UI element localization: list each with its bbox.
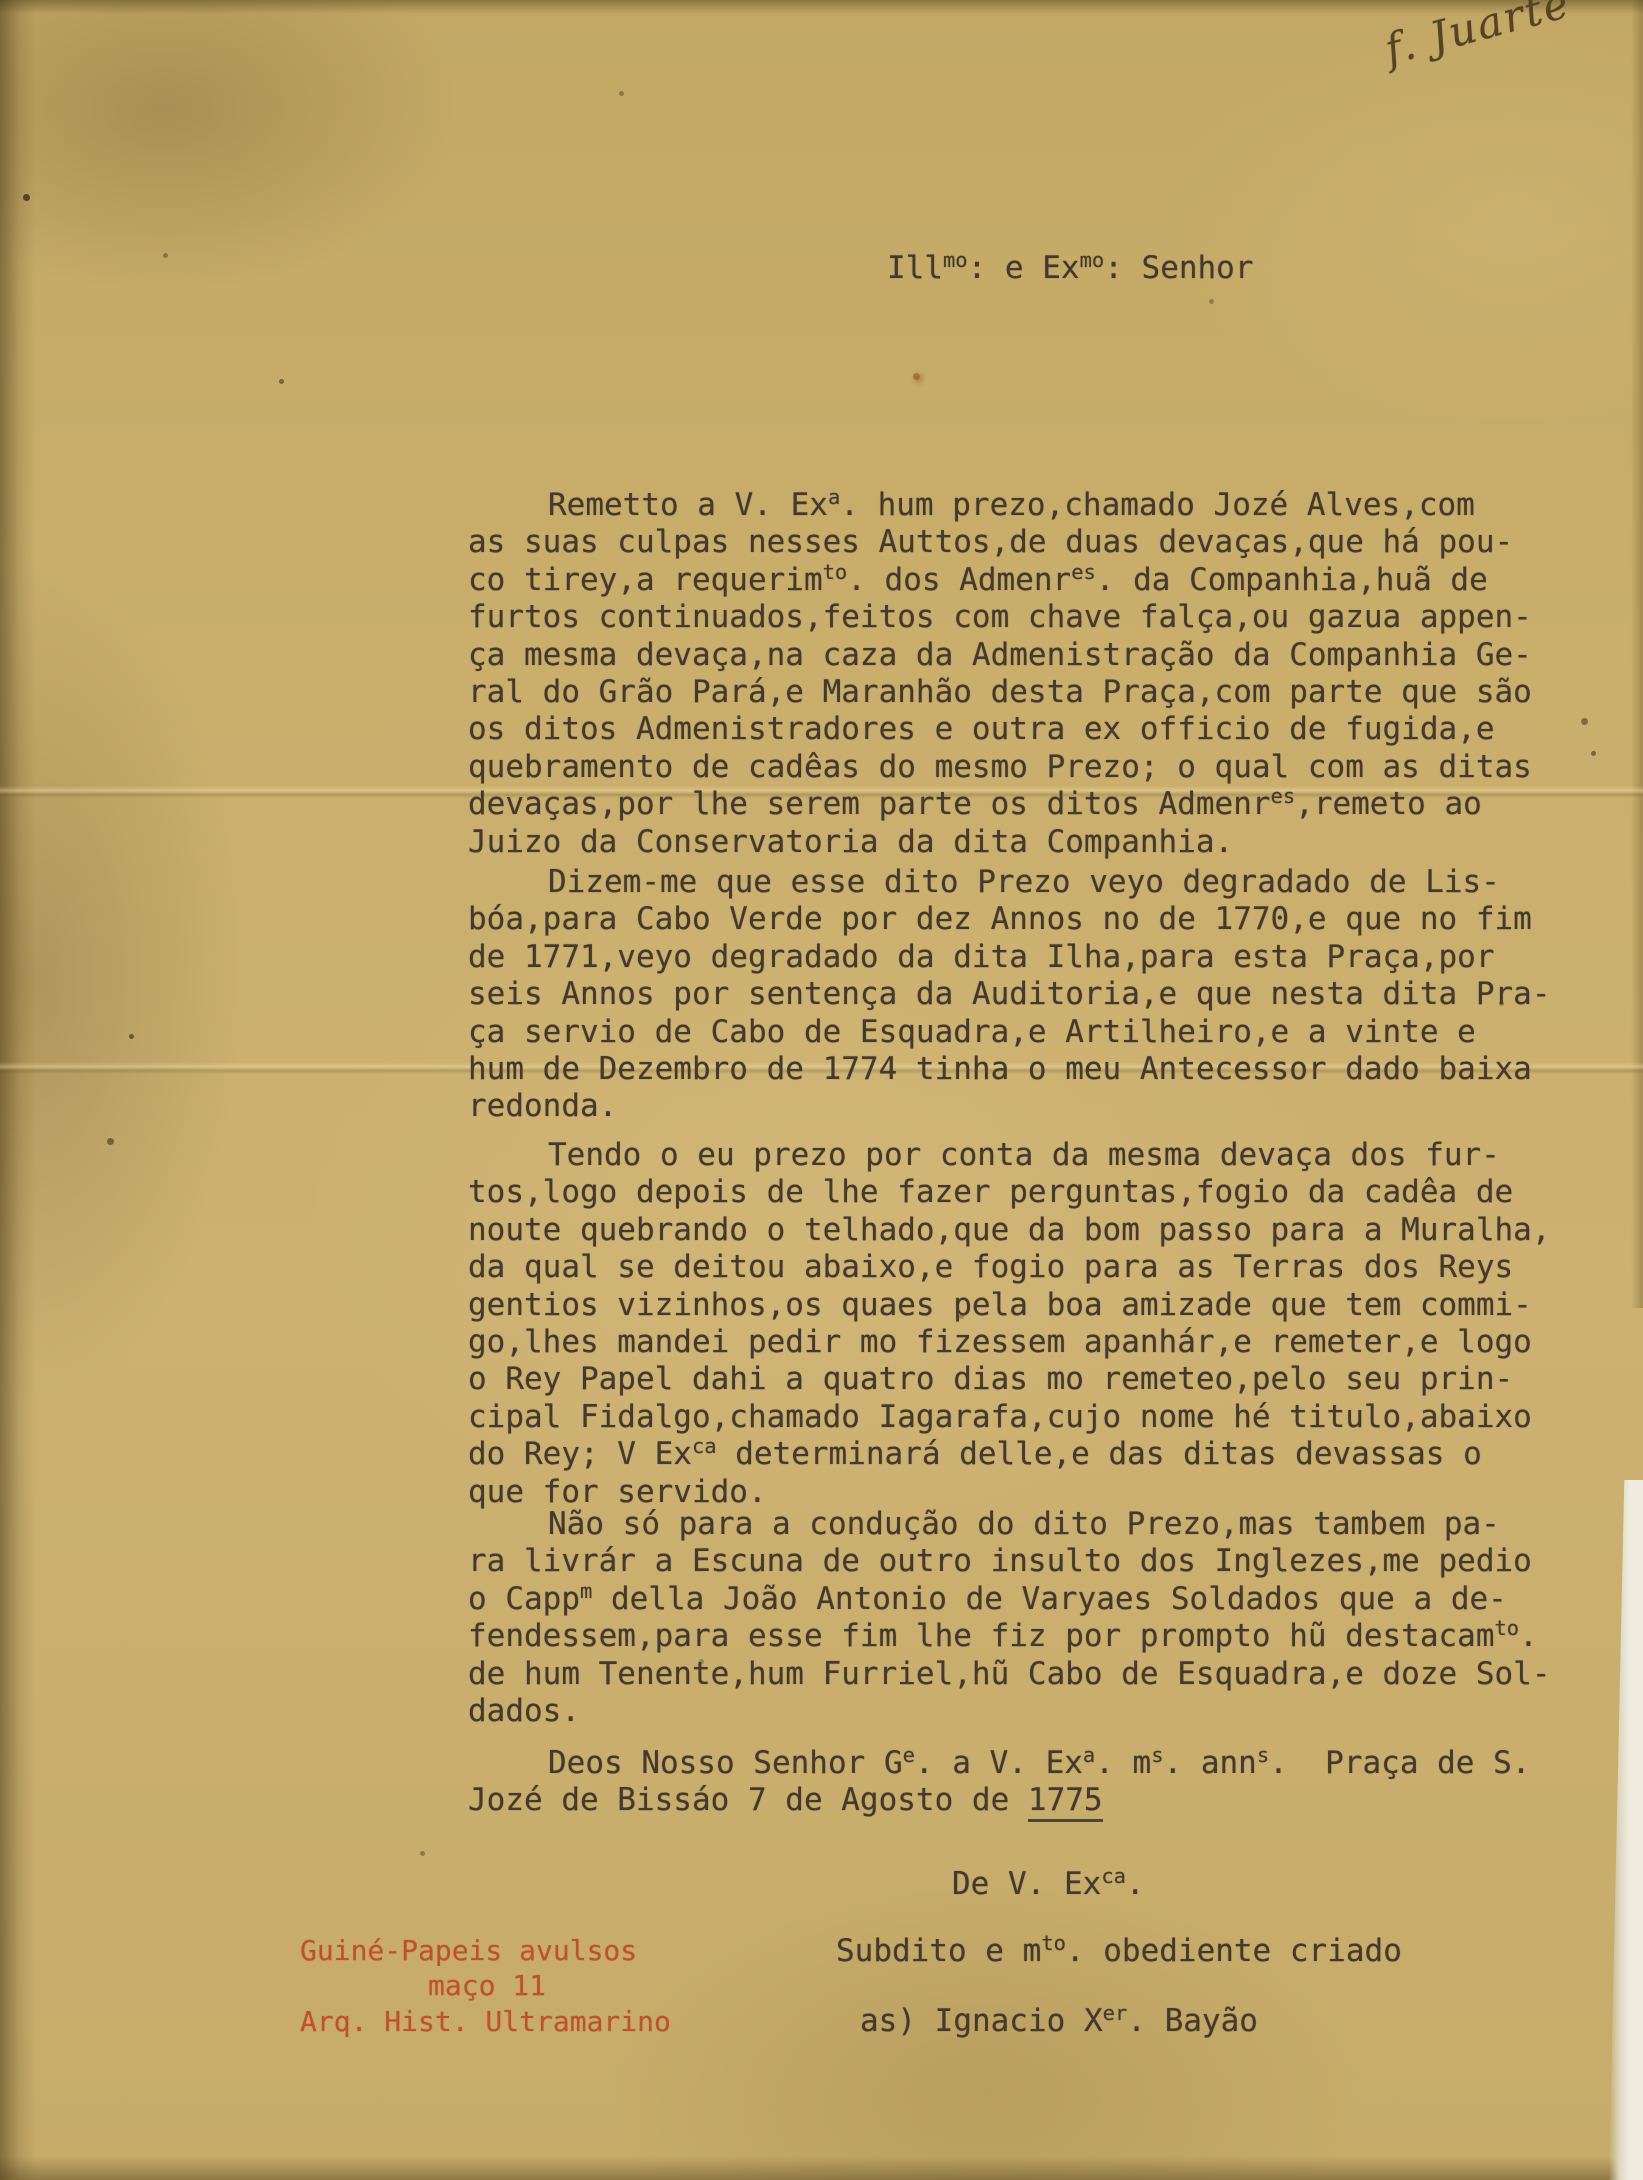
document-line: os ditos Admenistradores e outra ex offi… xyxy=(468,711,1618,748)
document-line: quebramento de cadêas do mesmo Prezo; o … xyxy=(468,749,1618,786)
paper-specks xyxy=(0,0,3,3)
letter-page: f. Juarté Illmo: e Exmo: Senhor Remetto … xyxy=(0,0,1643,2180)
letter-paragraph-3: Tendo o eu prezo por conta da mesma deva… xyxy=(468,1137,1618,1511)
document-line: hum de Dezembro de 1774 tinha o meu Ante… xyxy=(468,1051,1618,1088)
paper-edge-left xyxy=(0,0,36,2180)
letter-paragraph-2: Dizem-me que esse dito Prezo veyo degrad… xyxy=(468,864,1618,1126)
letter-paragraph-1: Remetto a V. Exa. hum prezo,chamado Jozé… xyxy=(468,487,1618,861)
document-line: co tirey,a requerimto. dos Admenres. da … xyxy=(468,562,1618,599)
document-line: gentios vizinhos,os quaes pela boa amiza… xyxy=(468,1287,1618,1324)
letter-signature: as) Ignacio Xer. Bayão xyxy=(860,2003,1258,2040)
paper-edge-bottom xyxy=(0,2156,1643,2180)
document-line: Remetto a V. Exa. hum prezo,chamado Jozé… xyxy=(468,487,1618,524)
paper-edge-right xyxy=(1631,0,1643,1308)
document-line: ça servio de Cabo de Esquadra,e Artilhei… xyxy=(468,1014,1618,1051)
document-line: go,lhes mandei pedir mo fizessem apanhár… xyxy=(468,1324,1618,1361)
document-line: seis Annos por sentença da Auditoria,e q… xyxy=(468,976,1618,1013)
document-line: o Rey Papel dahi a quatro dias mo remete… xyxy=(468,1361,1618,1398)
document-line: Não só para a condução do dito Prezo,mas… xyxy=(468,1506,1618,1543)
document-line: as suas culpas nesses Auttos,de duas dev… xyxy=(468,524,1618,561)
document-line: da qual se deitou abaixo,e fogio para as… xyxy=(468,1249,1618,1286)
document-line: Deos Nosso Senhor Ge. a V. Exa. ms. anns… xyxy=(468,1745,1618,1782)
document-line: ça mesma devaça,na caza da Admenistração… xyxy=(468,637,1618,674)
letter-closing-dateline: Deos Nosso Senhor Ge. a V. Exa. ms. anns… xyxy=(468,1745,1618,1820)
document-line: o Cappm della João Antonio de Varyaes So… xyxy=(468,1581,1618,1618)
letter-paragraph-4: Não só para a condução do dito Prezo,mas… xyxy=(468,1506,1618,1730)
document-line: noute quebrando o telhado,que da bom pas… xyxy=(468,1212,1618,1249)
document-line: bóa,para Cabo Verde por dez Annos no de … xyxy=(468,901,1618,938)
document-line: ral do Grão Pará,e Maranhão desta Praça,… xyxy=(468,674,1618,711)
letter-valediction: De V. Exca. xyxy=(952,1866,1145,1903)
document-line: Juizo da Conservatoria da dita Companhia… xyxy=(468,824,1618,861)
document-line: furtos continuados,feitos com chave falç… xyxy=(468,599,1618,636)
document-line: dados. xyxy=(468,1693,1618,1730)
document-line: maço 11 xyxy=(300,1968,671,2003)
document-line: do Rey; V Exca determinará delle,e das d… xyxy=(468,1436,1618,1473)
paper-edge-top xyxy=(0,0,1643,14)
archive-stamp: Guiné-Papeis avulsosmaço 11Arq. Hist. Ul… xyxy=(300,1933,671,2039)
document-line: Jozé de Bissáo 7 de Agosto de 1775 xyxy=(468,1782,1618,1819)
document-line: Dizem-me que esse dito Prezo veyo degrad… xyxy=(468,864,1618,901)
document-line: tos,logo depois de lhe fazer perguntas,f… xyxy=(468,1174,1618,1211)
document-line: de 1771,veyo degradado da dita Ilha,para… xyxy=(468,939,1618,976)
document-line: Guiné-Papeis avulsos xyxy=(300,1933,671,1968)
document-line: redonda. xyxy=(468,1088,1618,1125)
document-line: fendessem,para esse fim lhe fiz por prom… xyxy=(468,1618,1618,1655)
document-line: ra livrár a Escuna de outro insulto dos … xyxy=(468,1543,1618,1580)
handwritten-note: f. Juarté xyxy=(1380,0,1634,74)
document-line: cipal Fidalgo,chamado Iagarafa,cujo nome… xyxy=(468,1399,1618,1436)
letter-subscription: Subdito e mto. obediente criado xyxy=(836,1933,1402,1970)
document-line: Arq. Hist. Ultramarino xyxy=(300,2004,671,2039)
document-line: Tendo o eu prezo por conta da mesma deva… xyxy=(468,1137,1618,1174)
document-line: devaças,por lhe serem parte os ditos Adm… xyxy=(468,786,1618,823)
document-line: de hum Tenente,hum Furriel,hũ Cabo de Es… xyxy=(468,1656,1618,1693)
letter-salutation: Illmo: e Exmo: Senhor xyxy=(887,250,1254,287)
